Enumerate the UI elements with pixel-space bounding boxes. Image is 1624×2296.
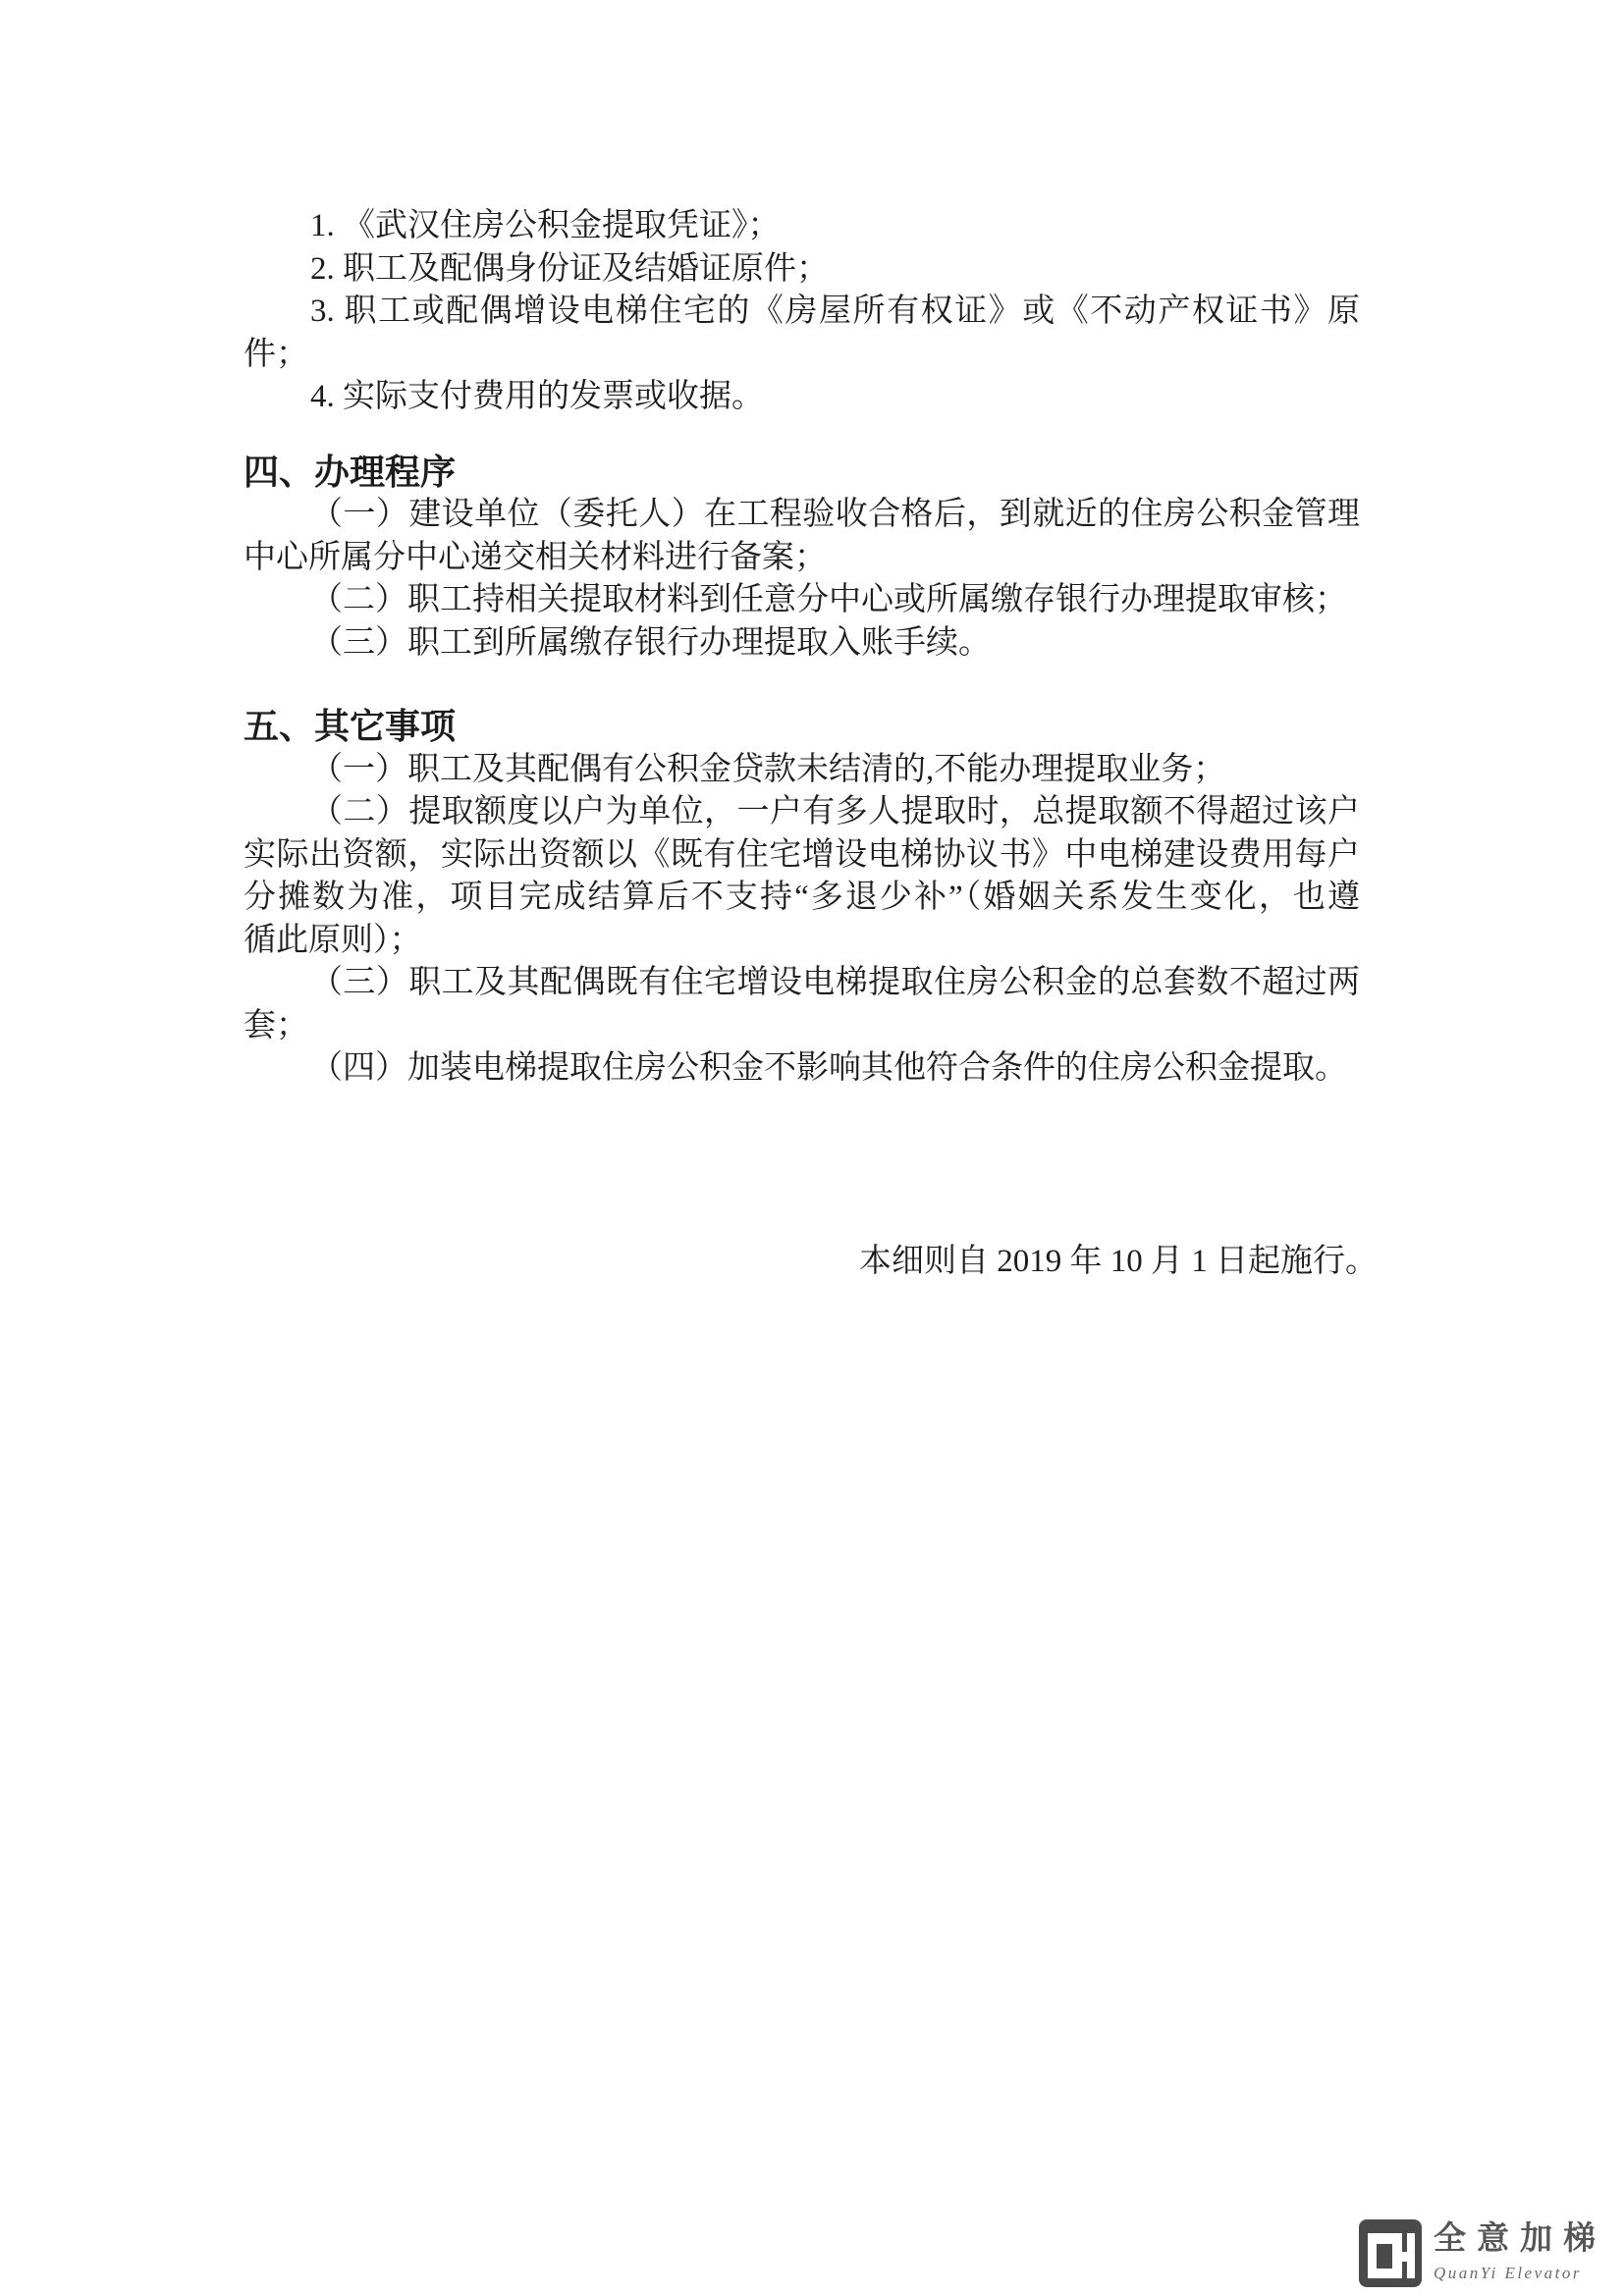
document-line: （二）提取额度以户为单位，一户有多人提取时，总提取额不得超过该户 [244,791,1360,834]
document-line: （四）加装电梯提取住房公积金不影响其他符合条件的住房公积金提取。 [244,1047,1360,1091]
section-heading-procedures: 四、办理程序 [244,452,1360,495]
document-line: 套； [244,1005,1360,1048]
brand-text: 全意加梯 QuanYi Elevator [1434,2219,1606,2283]
document-line: 件； [244,334,1360,377]
document-line: 分摊数为准，项目完成结算后不支持“多退少补”（婚姻关系发生变化，也遵 [244,877,1360,920]
document-line: （一）职工及其配偶有公积金贷款未结清的,不能办理提取业务； [244,749,1360,792]
effective-date-line: 本细则自 2019 年 10 月 1 日起施行。 [244,1241,1378,1284]
document-line: 4. 实际支付费用的发票或收据。 [244,376,1360,419]
section-heading-other-matters: 五、其它事项 [244,706,1360,749]
document-line: （二）职工持相关提取材料到任意分中心或所属缴存银行办理提取审核； [244,579,1360,622]
document-line: （三）职工到所属缴存银行办理提取入账手续。 [244,622,1360,666]
document-page: 1. 《武汉住房公积金提取凭证》； 2. 职工及配偶身份证及结婚证原件； 3. … [0,0,1624,2296]
document-body: 1. 《武汉住房公积金提取凭证》； 2. 职工及配偶身份证及结婚证原件； 3. … [244,205,1360,1283]
document-line: 1. 《武汉住房公积金提取凭证》； [244,205,1360,248]
brand-name-chinese: 全意加梯 [1434,2221,1606,2257]
qh-monogram-icon [1359,2219,1422,2287]
document-line: （三）职工及其配偶既有住宅增设电梯提取住房公积金的总套数不超过两 [244,962,1360,1005]
brand-name-english: QuanYi Elevator [1434,2264,1606,2283]
document-line: 循此原则）； [244,920,1360,963]
document-line: 3. 职工或配偶增设电梯住宅的《房屋所有权证》或《不动产权证书》原 [244,291,1360,334]
document-line: （一）建设单位（委托人）在工程验收合格后，到就近的住房公积金管理 [244,494,1360,537]
document-line: 实际出资额，实际出资额以《既有住宅增设电梯协议书》中电梯建设费用每户 [244,834,1360,878]
document-line: 中心所属分中心递交相关材料进行备案； [244,537,1360,580]
company-logo: 全意加梯 QuanYi Elevator [1359,2219,1606,2287]
document-line: 2. 职工及配偶身份证及结婚证原件； [244,248,1360,292]
